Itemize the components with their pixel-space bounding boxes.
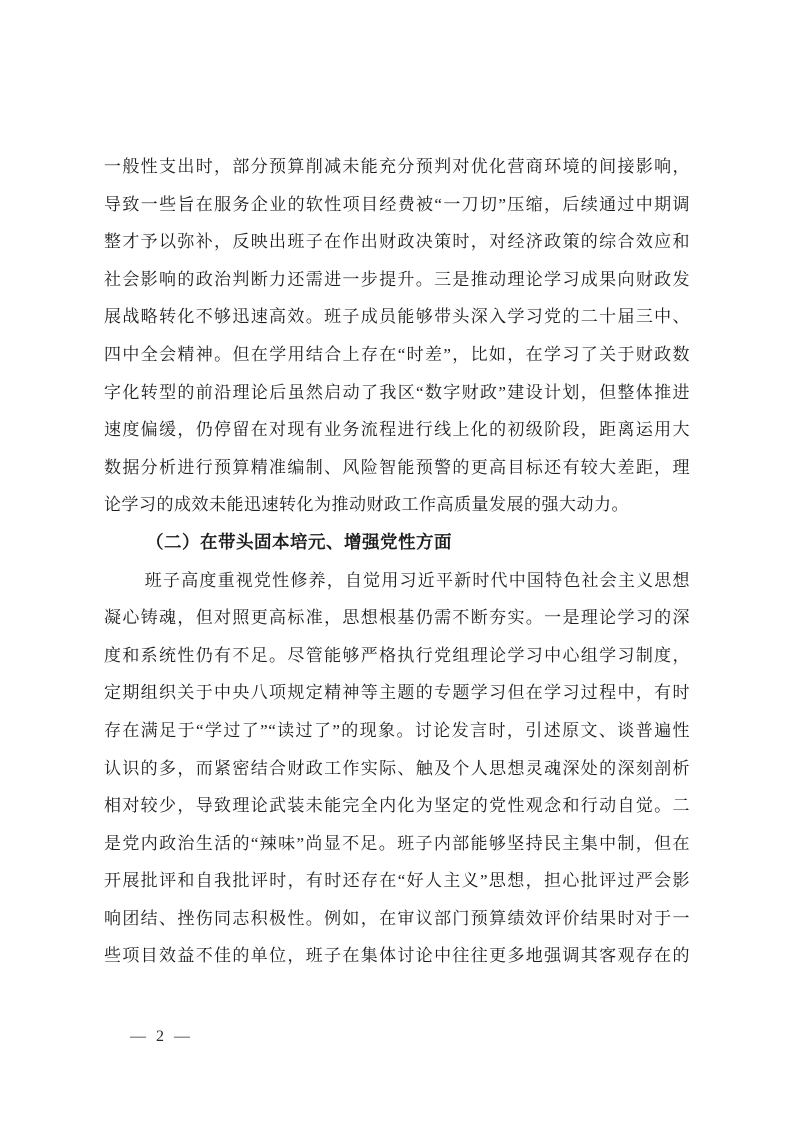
text-line: 整才予以弥补，反映出班子在作出财政决策时，对经济政策的综合效应和 — [104, 223, 690, 261]
text-line: 速度偏缓，仍停留在对现有业务流程进行线上化的初级阶段，距离运用大 — [104, 411, 690, 449]
text-line: 凝心铸魂，但对照更高标准，思想根基仍需不断夯实。一是理论学习的深 — [104, 599, 690, 637]
text-line: 定期组织关于中央八项规定精神等主题的专题学习但在学习过程中，有时 — [104, 674, 690, 712]
section-heading: （二）在带头固本培元、增强党性方面 — [104, 524, 690, 562]
text-line: 存在满足于“学过了”“读过了”的现象。讨论发言时，引述原文、谈普遍性 — [104, 712, 690, 750]
text-line: 是党内政治生活的“辣味”尚显不足。班子内部能够坚持民主集中制，但在 — [104, 825, 690, 863]
text-line: 一般性支出时，部分预算削减未能充分预判对优化营商环境的间接影响， — [104, 148, 690, 186]
text-line: 展战略转化不够迅速高效。班子成员能够带头深入学习党的二十届三中、 — [104, 298, 690, 336]
text-line: 开展批评和自我批评时，有时还存在“好人主义”思想，担心批评过严会影 — [104, 862, 690, 900]
text-line: 导致一些旨在服务企业的软性项目经费被“一刀切”压缩，后续通过中期调 — [104, 186, 690, 224]
text-line: 班子高度重视党性修养，自觉用习近平新时代中国特色社会主义思想 — [104, 562, 690, 600]
text-line: 字化转型的前沿理论后虽然启动了我区“数字财政”建设计划，但整体推进 — [104, 374, 690, 412]
text-line: 相对较少，导致理论武装未能完全内化为坚定的党性观念和行动自觉。二 — [104, 787, 690, 825]
text-line: 些项目效益不佳的单位，班子在集体讨论中往往更多地强调其客观存在的 — [104, 937, 690, 975]
text-line: 数据分析进行预算精准编制、风险智能预警的更高目标还有较大差距，理 — [104, 449, 690, 487]
page-number: — 2 — — [130, 1028, 193, 1046]
text-line: 认识的多，而紧密结合财政工作实际、触及个人思想灵魂深处的深刻剖析 — [104, 750, 690, 788]
text-line: 论学习的成效未能迅速转化为推动财政工作高质量发展的强大动力。 — [104, 486, 690, 524]
document-page: 一般性支出时，部分预算削减未能充分预判对优化营商环境的间接影响， 导致一些旨在服… — [0, 0, 793, 1122]
text-line: 社会影响的政治判断力还需进一步提升。三是推动理论学习成果向财政发 — [104, 261, 690, 299]
document-body: 一般性支出时，部分预算削减未能充分预判对优化营商环境的间接影响， 导致一些旨在服… — [104, 148, 690, 975]
text-line: 度和系统性仍有不足。尽管能够严格执行党组理论学习中心组学习制度， — [104, 637, 690, 675]
text-line: 四中全会精神。但在学用结合上存在“时差”，比如，在学习了关于财政数 — [104, 336, 690, 374]
text-line: 响团结、挫伤同志积极性。例如，在审议部门预算绩效评价结果时对于一 — [104, 900, 690, 938]
